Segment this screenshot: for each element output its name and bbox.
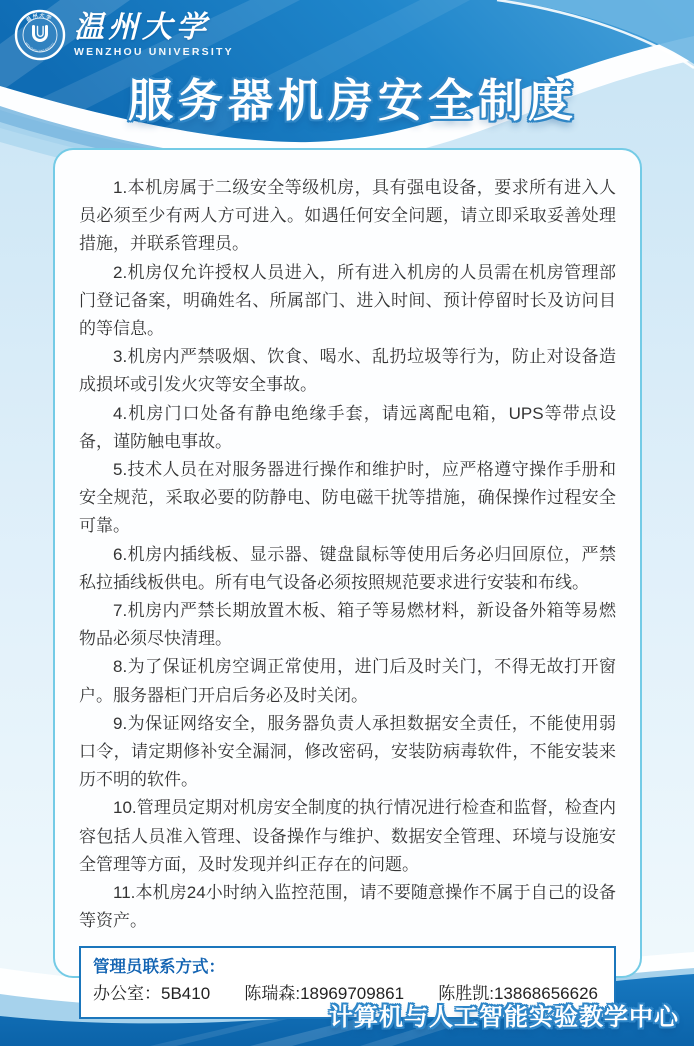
contact-title: 管理员联系方式： — [93, 954, 602, 980]
rule-item-6: 6.机房内插线板、显示器、键盘鼠标等使用后务必归回原位，严禁私拉插线板供电。所有… — [79, 541, 616, 597]
rule-item-9: 9.为保证网络安全，服务器负责人承担数据安全责任，不能使用弱口令，请定期修补安全… — [79, 710, 616, 795]
rule-item-2: 2.机房仅允许授权人员进入，所有进入机房的人员需在机房管理部门登记备案，明确姓名… — [79, 259, 616, 344]
university-brand: 温 州 大 学 WENZHOU UNIVERSITY 温州大学 WENZHOU … — [14, 9, 234, 61]
rule-item-10: 10.管理员定期对机房安全制度的执行情况进行检查和监督，检查内容包括人员准入管理… — [79, 794, 616, 879]
svg-text:WENZHOU UNIVERSITY: WENZHOU UNIVERSITY — [24, 42, 55, 53]
poster: 温 州 大 学 WENZHOU UNIVERSITY 温州大学 WENZHOU … — [0, 0, 694, 1046]
university-name-cn: 温州大学 — [74, 12, 234, 44]
rule-item-1: 1.本机房属于二级安全等级机房，具有强电设备，要求所有进入人员必须至少有两人方可… — [79, 174, 616, 259]
logo-u-glyph — [34, 27, 47, 41]
poster-title: 服务器机房安全制度 — [0, 72, 694, 130]
rule-item-7: 7.机房内严禁长期放置木板、箱子等易燃材料，新设备外箱等易燃物品必须尽快清理。 — [79, 597, 616, 653]
university-name-block: 温州大学 WENZHOU UNIVERSITY — [74, 12, 234, 58]
rules-card: 1.本机房属于二级安全等级机房，具有强电设备，要求所有进入人员必须至少有两人方可… — [53, 148, 642, 978]
rule-item-11: 11.本机房24小时纳入监控范围，请不要随意操作不属于自己的设备等资产。 — [79, 879, 616, 935]
university-name-en: WENZHOU UNIVERSITY — [74, 46, 234, 58]
logo-ring-text-bottom: WENZHOU UNIVERSITY — [24, 42, 55, 53]
rule-item-5: 5.技术人员在对服务器进行操作和维护时，应严格遵守操作手册和安全规范，采取必要的… — [79, 456, 616, 541]
rule-item-4: 4.机房门口处备有静电绝缘手套，请远离配电箱，UPS等带点设备，谨防触电事故。 — [79, 400, 616, 456]
rule-item-3: 3.机房内严禁吸烟、饮食、喝水、乱扔垃圾等行为，防止对设备造成损坏或引发火灾等安… — [79, 343, 616, 399]
contact-office: 办公室：5B410 — [93, 980, 210, 1008]
rule-item-8: 8.为了保证机房空调正常使用，进门后及时关门，不得无故打开窗户。服务器柜门开启后… — [79, 653, 616, 709]
university-logo-icon: 温 州 大 学 WENZHOU UNIVERSITY — [14, 9, 66, 61]
footer-center-name: 计算机与人工智能实验教学中心 — [329, 997, 679, 1032]
